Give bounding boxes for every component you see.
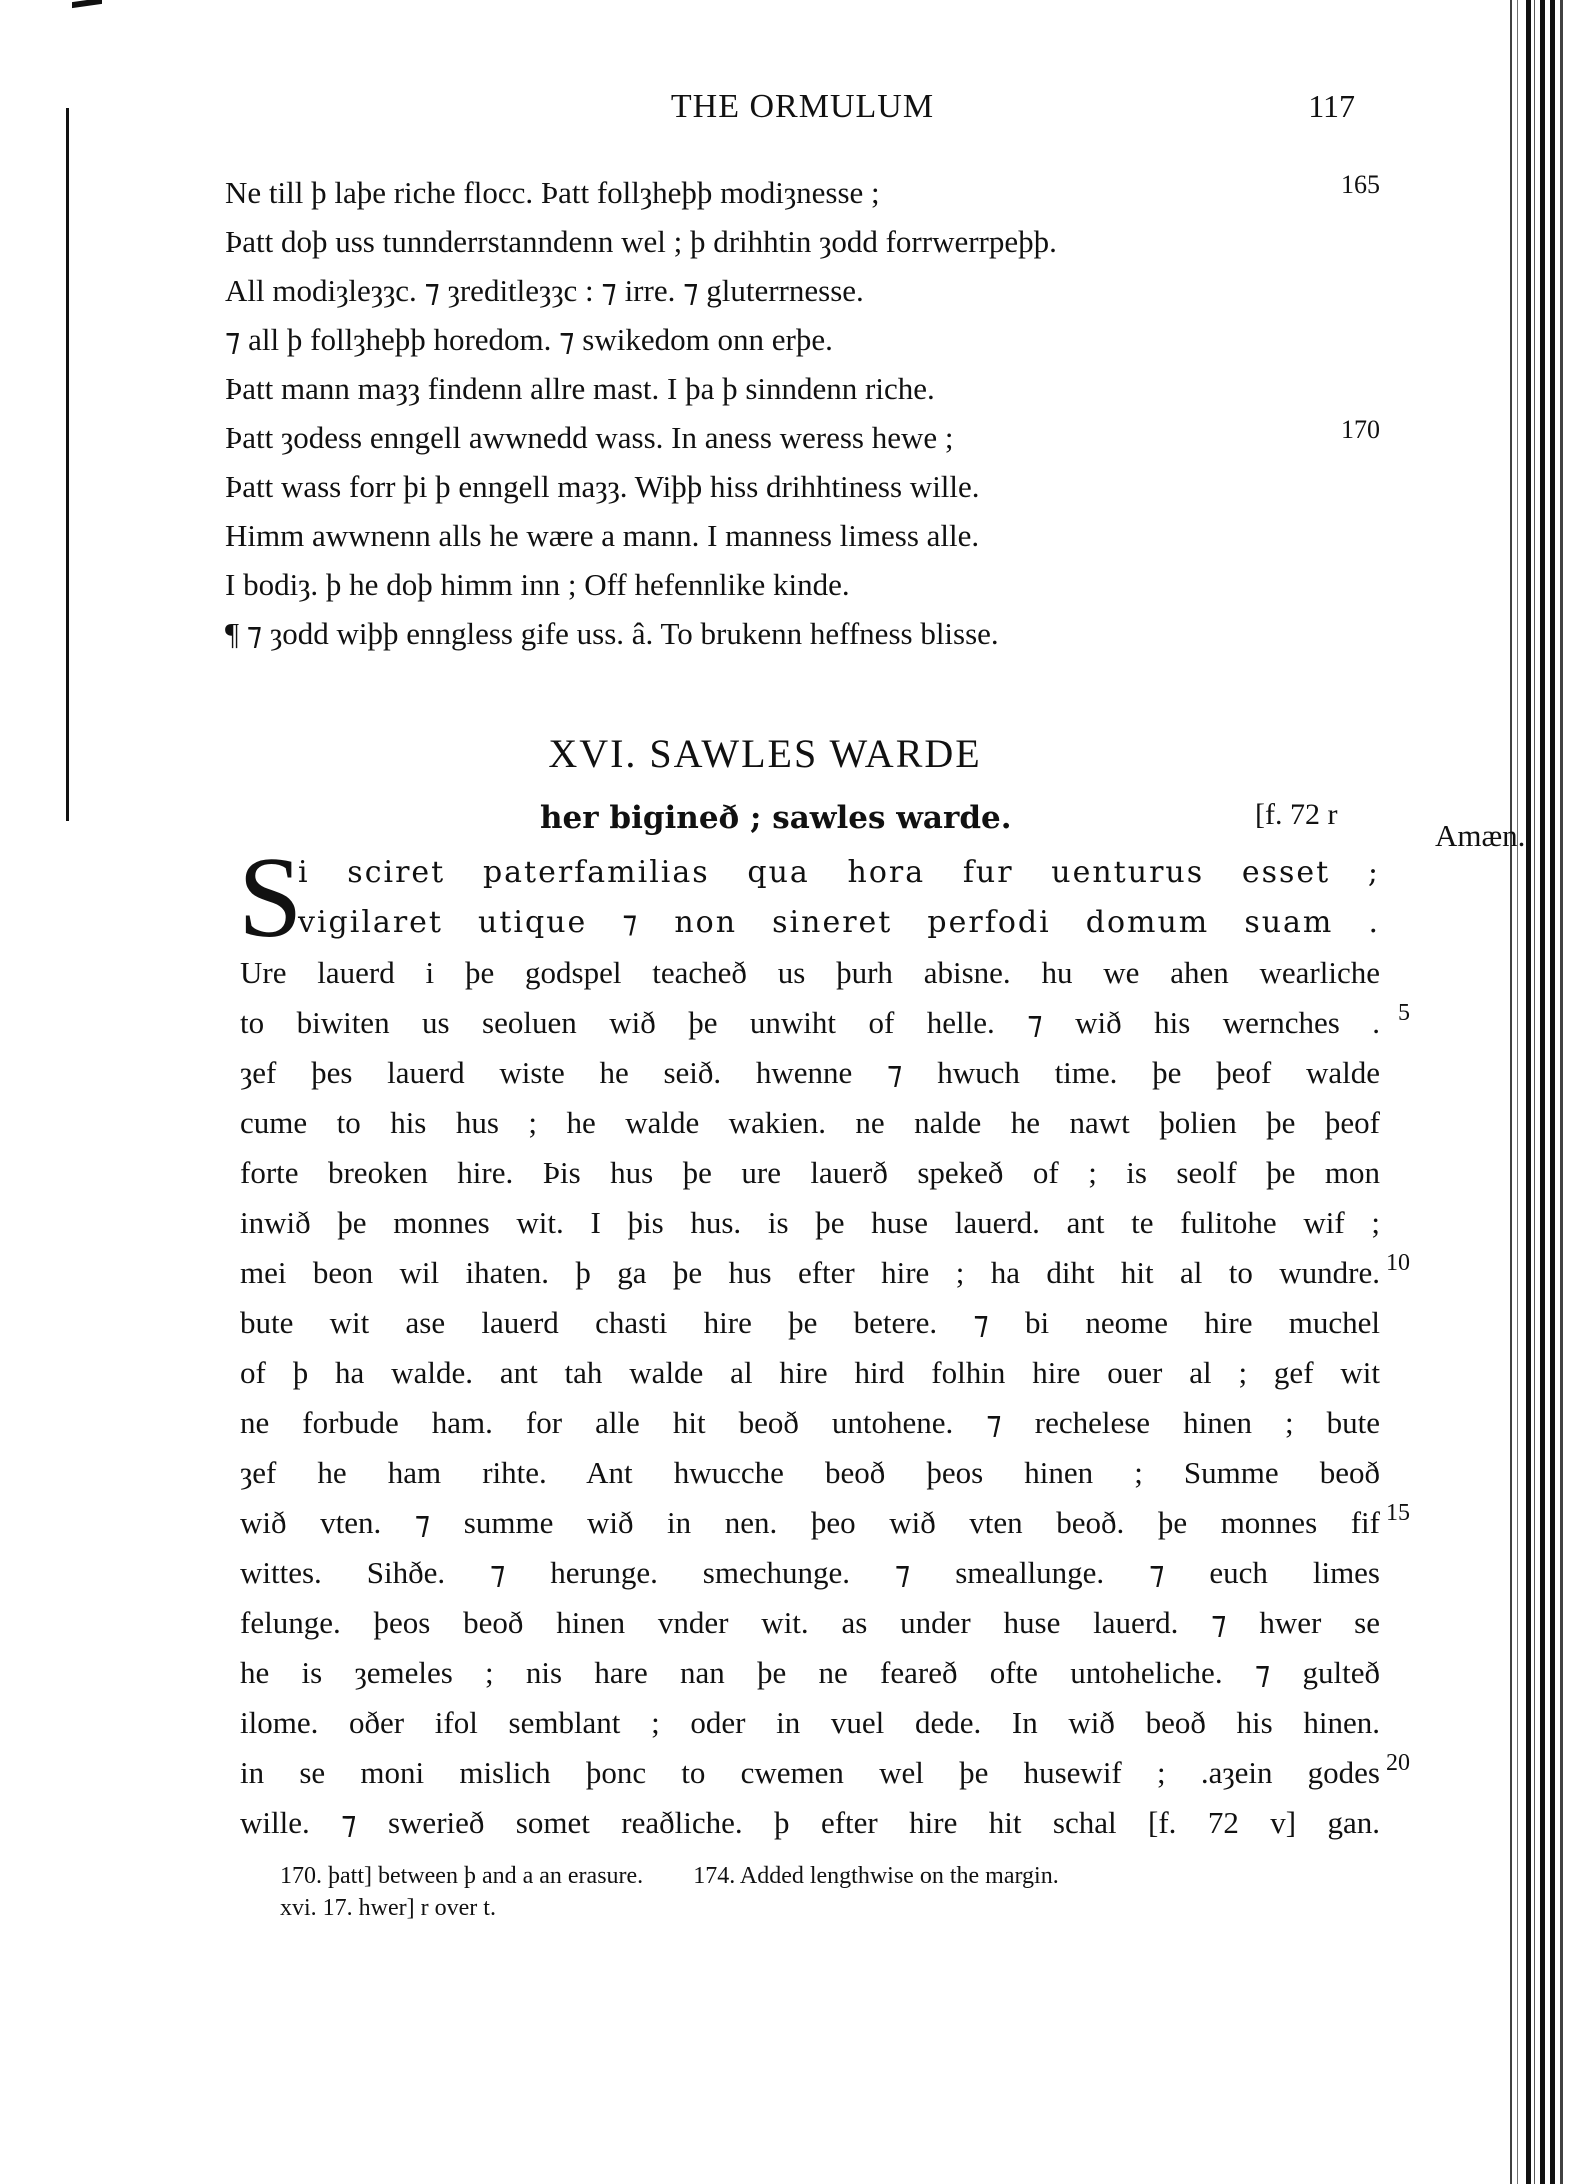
verse-line: Þatt doþ uss tunnderrstanndenn wel ; þ d… [225,217,1375,266]
line-number: 5 [1398,988,1410,1038]
verse-text: Þatt wass forr þi þ enngell maȝȝ. Wiþþ h… [225,469,980,504]
prose-line: to biwiten us seoluen wið þe unwiht of h… [240,998,1380,1048]
prose-line: of þ ha walde. ant tah walde al hire hir… [240,1348,1380,1398]
verse-text: Himm awwnenn alls he wære a mann. I mann… [225,518,979,553]
verse-line: Þatt ȝodess enngell awwnedd wass. In ane… [225,413,1375,462]
prose-line: ilome. oðer ifol semblant ; oder in vuel… [240,1698,1380,1748]
prose-text: Ure lauerd i þe godspel teacheð us þurh … [240,955,1380,990]
prose-text: bute wit ase lauerd chasti hire þe beter… [240,1305,1380,1340]
section-title: XVI. SAWLES WARDE [0,730,1570,777]
prose-text: cume to his hus ; he walde wakien. ne na… [240,1105,1380,1140]
prose-line: in se moni mislich þonc to cwemen wel þe… [240,1748,1380,1798]
prose-text: mei beon wil ihaten. þ ga þe hus efter h… [240,1255,1380,1290]
verse-line: ⁊ all þ follȝheþþ horedom. ⁊ swikedom on… [225,315,1375,364]
prose-line: Ure lauerd i þe godspel teacheð us þurh … [240,948,1380,998]
incipit: her bigineð ; sawles warde. [540,800,1012,836]
prose-text: ilome. oðer ifol semblant ; oder in vuel… [240,1705,1380,1740]
prose-line: mei beon wil ihaten. þ ga þe hus efter h… [240,1248,1380,1298]
prose-text: wille. ⁊ swerieð somet reaðliche. þ efte… [240,1805,1380,1840]
footnote: 174. Added lengthwise on the margin. [693,1863,1059,1889]
verse-text: All modiȝleȝȝc. ⁊ ȝreditleȝȝc : ⁊ irre. … [225,273,864,308]
verse-block: Ne till þ laþe riche flocc. Þatt follȝhe… [225,168,1375,658]
verse-text: ¶ ⁊ ȝodd wiþþ enngless gife uss. â. To b… [225,616,999,651]
verse-closing: Amæn. [1435,818,1525,854]
prose-text: of þ ha walde. ant tah walde al hire hir… [240,1355,1380,1390]
prose-text: wittes. Sihðe. ⁊ herunge. smechunge. ⁊ s… [240,1555,1380,1590]
prose-line: wittes. Sihðe. ⁊ herunge. smechunge. ⁊ s… [240,1548,1380,1598]
prose-text: inwið þe monnes wit. I þis hus. is þe hu… [240,1205,1380,1240]
running-head: THE ORMULUM 117 [230,88,1375,138]
scan-corner-mark [72,0,102,8]
prose-line: ne forbude ham. for alle hit beoð untohe… [240,1398,1380,1448]
prose-line: ȝef he ham rihte. Ant hwucche beoð þeos … [240,1448,1380,1498]
footnote-row: xvi. 17. hwer] r over t. [280,1892,1400,1924]
prose-text: he is ȝemeles ; nis hare nan þe ne feare… [240,1655,1380,1690]
running-title: THE ORMULUM [230,88,1375,126]
prose-text: to biwiten us seoluen wið þe unwiht of h… [240,1005,1380,1040]
prose-line: felunge. þeos beoð hinen vnder wit. as u… [240,1598,1380,1648]
prose-line: vigilaret utique ⁊ non sineret perfodi d… [240,898,1380,948]
prose-line: he is ȝemeles ; nis hare nan þe ne feare… [240,1648,1380,1698]
prose-line: wille. ⁊ swerieð somet reaðliche. þ efte… [240,1798,1380,1848]
line-number: 20 [1386,1738,1410,1788]
verse-text: Þatt mann maȝȝ findenn allre mast. I þa … [225,371,935,406]
verse-line: All modiȝleȝȝc. ⁊ ȝreditleȝȝc : ⁊ irre. … [225,266,1375,315]
scan-left-edge [66,108,69,2088]
prose-line: ȝef þes lauerd wiste he seið. hwenne ⁊ h… [240,1048,1380,1098]
verse-text: Þatt ȝodess enngell awwnedd wass. In ane… [225,420,954,455]
prose-text: wið vten. ⁊ summe wið in nen. þeo wið vt… [240,1505,1380,1540]
prose-line: inwið þe monnes wit. I þis hus. is þe hu… [240,1198,1380,1248]
line-number: 15 [1386,1488,1410,1538]
prose-text: ȝef þes lauerd wiste he seið. hwenne ⁊ h… [240,1055,1380,1090]
verse-text: I bodiȝ. þ he doþ himm inn ; Off hefennl… [225,567,850,602]
prose-text: ȝef he ham rihte. Ant hwucche beoð þeos … [240,1455,1380,1490]
prose-line: forte breoken hire. Þis hus þe ure lauer… [240,1148,1380,1198]
verse-line: Þatt wass forr þi þ enngell maȝȝ. Wiþþ h… [225,462,1375,511]
verse-text: Þatt doþ uss tunnderrstanndenn wel ; þ d… [225,224,1057,259]
verse-line: I bodiȝ. þ he doþ himm inn ; Off hefennl… [225,560,1375,609]
verse-line: Þatt mann maȝȝ findenn allre mast. I þa … [225,364,1375,413]
book-spine-edge [1506,0,1570,2184]
footnote: 170. þatt] between þ and a an erasure. [280,1863,643,1889]
prose-text: in se moni mislich þonc to cwemen wel þe… [240,1755,1380,1790]
page-number: 117 [1308,88,1355,125]
prose-line: cume to his hus ; he walde wakien. ne na… [240,1098,1380,1148]
verse-text: Ne till þ laþe riche flocc. Þatt follȝhe… [225,175,880,210]
verse-line: Ne till þ laþe riche flocc. Þatt follȝhe… [225,168,1375,217]
footnotes: 170. þatt] between þ and a an erasure.17… [280,1860,1400,1924]
line-number: 170 [1341,405,1380,454]
prose-text: felunge. þeos beoð hinen vnder wit. as u… [240,1605,1380,1640]
prose-line: i sciret paterfamilias qua hora fur uent… [240,848,1380,898]
prose-block: S i sciret paterfamilias qua hora fur ue… [240,848,1380,1848]
line-number: 165 [1341,160,1380,209]
prose-line: bute wit ase lauerd chasti hire þe beter… [240,1298,1380,1348]
prose-text: forte breoken hire. Þis hus þe ure lauer… [240,1155,1380,1190]
verse-line: Himm awwnenn alls he wære a mann. I mann… [225,511,1375,560]
prose-text: vigilaret utique ⁊ non sineret perfodi d… [298,905,1380,940]
prose-text: i sciret paterfamilias qua hora fur uent… [298,855,1380,890]
prose-line: wið vten. ⁊ summe wið in nen. þeo wið vt… [240,1498,1380,1548]
prose-text: ne forbude ham. for alle hit beoð untohe… [240,1405,1380,1440]
footnote-row: 170. þatt] between þ and a an erasure.17… [280,1860,1400,1892]
folio-marker: [f. 72 r [1255,798,1337,832]
footnote: xvi. 17. hwer] r over t. [280,1895,496,1921]
verse-text: ⁊ all þ follȝheþþ horedom. ⁊ swikedom on… [225,322,833,357]
verse-line: ¶ ⁊ ȝodd wiþþ enngless gife uss. â. To b… [225,609,1375,658]
book-page: THE ORMULUM 117 Ne till þ laþe riche flo… [0,0,1570,2184]
line-number: 10 [1386,1238,1410,1288]
